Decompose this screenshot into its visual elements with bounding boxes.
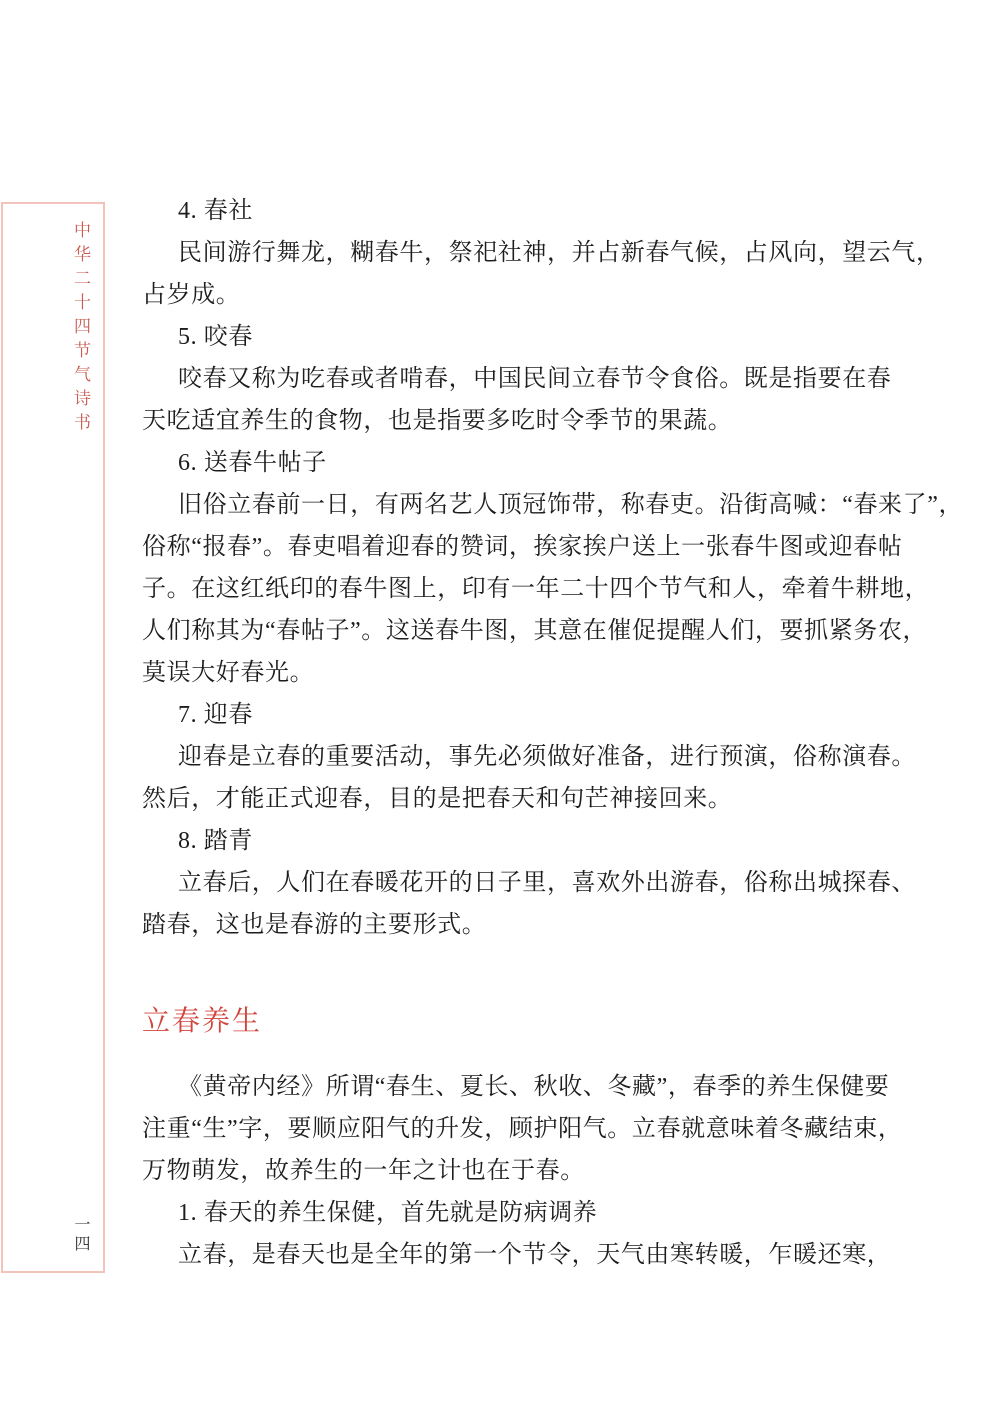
item-title: 7. 迎春 — [142, 694, 864, 736]
item-title: 5. 咬春 — [142, 316, 864, 358]
paragraph-line: 立春，是春天也是全年的第一个节令，天气由寒转暖，乍暖还寒， — [142, 1234, 864, 1276]
paragraph-line: 子。在这红纸印的春牛图上，印有一年二十四个节气和人，牵着牛耕地， — [142, 568, 864, 610]
book-title-vertical: 中华二十四节气诗书 — [70, 221, 90, 437]
paragraph-line: 俗称“报春”。春吏唱着迎春的赞词，挨家挨户送上一张春牛图或迎春帖 — [142, 526, 864, 568]
item-title: 6. 送春牛帖子 — [142, 442, 864, 484]
book-page: 中华二十四节气诗书 一四 4. 春社民间游行舞龙，糊春牛，祭祀社神，并占新春气候… — [0, 0, 1004, 1417]
page-number: 一四 — [71, 1216, 89, 1254]
paragraph-line: 立春后，人们在春暖花开的日子里，喜欢外出游春，俗称出城探春、 — [142, 862, 864, 904]
main-text-column: 4. 春社民间游行舞龙，糊春牛，祭祀社神，并占新春气候，占风向，望云气，占岁成。… — [142, 190, 864, 1276]
paragraph-line: 天吃适宜养生的食物，也是指要多吃时令季节的果蔬。 — [142, 400, 864, 442]
paragraph-line: 人们称其为“春帖子”。这送春牛图，其意在催促提醒人们，要抓紧务农， — [142, 610, 864, 652]
item-title: 8. 踏青 — [142, 820, 864, 862]
paragraph-line: 占岁成。 — [142, 274, 864, 316]
paragraph-line: 咬春又称为吃春或者啃春，中国民间立春节令食俗。既是指要在春 — [142, 358, 864, 400]
item-title: 4. 春社 — [142, 190, 864, 232]
paragraph-line: 莫误大好春光。 — [142, 652, 864, 694]
paragraph-line: 《黄帝内经》所谓“春生、夏长、秋收、冬藏”，春季的养生保健要 — [142, 1066, 864, 1108]
paragraph-line: 然后，才能正式迎春，目的是把春天和句芒神接回来。 — [142, 778, 864, 820]
section-title: 立春养生 — [142, 1002, 864, 1042]
paragraph-line: 民间游行舞龙，糊春牛，祭祀社神，并占新春气候，占风向，望云气， — [142, 232, 864, 274]
paragraph-line: 迎春是立春的重要活动，事先必须做好准备，进行预演，俗称演春。 — [142, 736, 864, 778]
paragraph-line: 万物萌发，故养生的一年之计也在于春。 — [142, 1150, 864, 1192]
item-title: 1. 春天的养生保健，首先就是防病调养 — [142, 1192, 864, 1234]
paragraph-line: 踏春，这也是春游的主要形式。 — [142, 904, 864, 946]
paragraph-line: 旧俗立春前一日，有两名艺人顶冠饰带，称春吏。沿街高喊：“春来了”， — [142, 484, 864, 526]
paragraph-line: 注重“生”字，要顺应阳气的升发，顾护阳气。立春就意味着冬藏结束， — [142, 1108, 864, 1150]
